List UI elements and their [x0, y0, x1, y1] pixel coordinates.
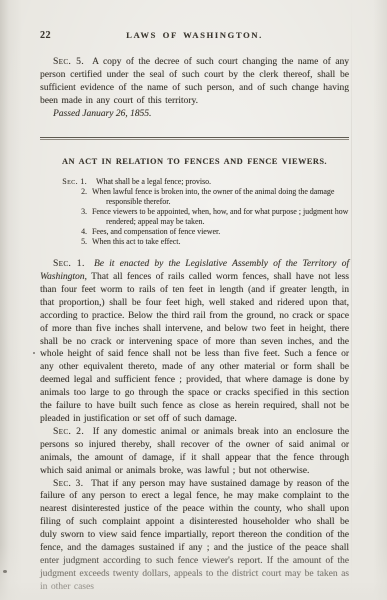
contents-item: 5. When this act to take effect. [56, 237, 349, 247]
page-number: 22 [40, 30, 51, 41]
scanned-page: 22 LAWS OF WASHINGTON. Sec. 5. A copy of… [0, 0, 387, 600]
section-5-label: Sec. 5. [53, 57, 84, 67]
section-5-text: A copy of the decree of such court chang… [40, 57, 349, 106]
contents-item-text: Fees, and compensation of fence viewer. [92, 227, 349, 237]
contents-item: 3. Fence viewers to be appointed, when, … [56, 207, 349, 227]
contents-item: 4. Fees, and compensation of fence viewe… [56, 227, 349, 237]
page-content: 22 LAWS OF WASHINGTON. Sec. 5. A copy of… [0, 0, 387, 594]
act-contents-list: Sec. 1. What shall be a legal fence; pro… [56, 177, 349, 247]
section-2-label: Sec. 2. [53, 427, 84, 437]
contents-item: Sec. 1. What shall be a legal fence; pro… [56, 177, 349, 187]
contents-item-text: Fence viewers to be appointed, when, how… [92, 207, 349, 227]
section-3-label: Sec. 3. [53, 479, 83, 489]
act-title: AN ACT IN RELATION TO FENCES AND FENCE V… [40, 157, 349, 166]
running-header: LAWS OF WASHINGTON. [40, 30, 349, 40]
contents-item-text: What shall be a legal fence; proviso. [96, 177, 349, 187]
section-2-text: If any domestic animal or animals break … [40, 427, 349, 476]
section-3-paragraph: Sec. 3. That if any person may have sust… [40, 478, 349, 594]
passed-date-line: Passed January 26, 1855. [40, 108, 349, 121]
contents-item-text: When lawful fence is broken into, the ow… [92, 187, 349, 207]
contents-item-number: Sec. 1. [56, 177, 92, 187]
contents-item-number: 3. [56, 207, 92, 227]
section-5-paragraph: Sec. 5. A copy of the decree of such cou… [40, 56, 349, 108]
section-1-label: Sec. 1. [53, 259, 85, 269]
ink-speck [3, 570, 7, 573]
ink-speck [33, 352, 35, 354]
section-3-text: That if any person may have sustained da… [40, 479, 349, 592]
section-2-paragraph: Sec. 2. If any domestic animal or animal… [40, 426, 349, 478]
contents-item-number: 2. [56, 187, 92, 207]
contents-item: 2. When lawful fence is broken into, the… [56, 187, 349, 207]
contents-item-number: 5. [56, 237, 92, 247]
contents-item-number: 4. [56, 227, 92, 237]
page-header: 22 LAWS OF WASHINGTON. [40, 30, 349, 43]
section-1-paragraph: Sec. 1. Be it enacted by the Legislative… [40, 258, 349, 426]
contents-item-text: When this act to take effect. [92, 237, 349, 247]
divider-rule [40, 137, 349, 141]
section-1-text: That all fences of rails called worm fen… [40, 272, 349, 424]
act-body: Sec. 1. Be it enacted by the Legislative… [40, 258, 349, 594]
